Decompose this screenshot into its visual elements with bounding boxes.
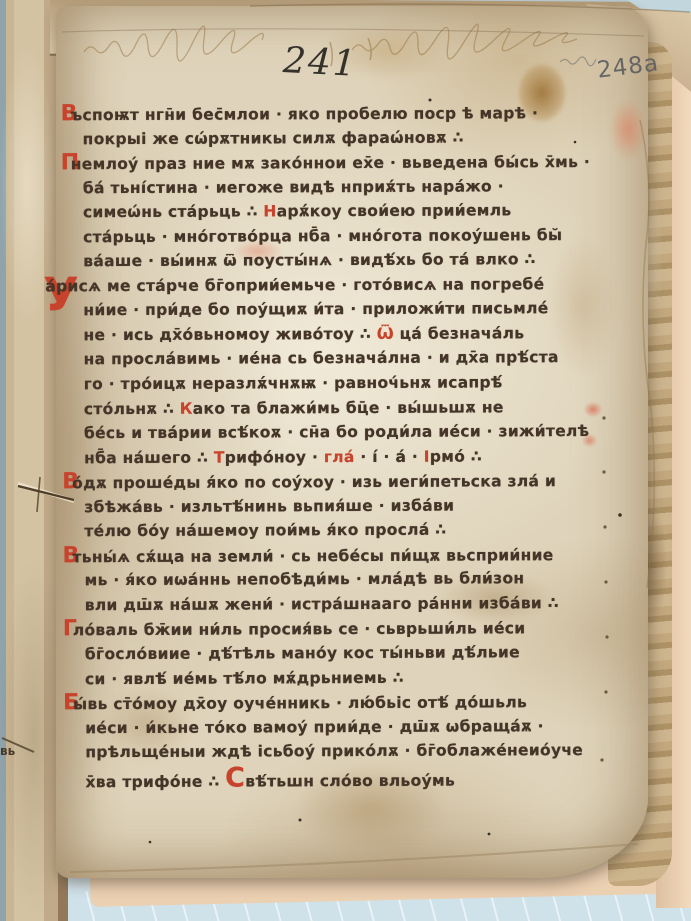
rubric-text: Т	[214, 448, 225, 466]
manuscript-line: нб̄а на́шего ∴ Трифо́ноу · гла́ · і́ · а…	[84, 443, 632, 470]
manuscript-line: ба́ тьні́стина · иегоже видѣ нприѫ́ть на…	[83, 173, 631, 200]
ink-text: сто́льнѫ ∴	[84, 399, 180, 417]
manuscript-line: Уа́рисѧ ме ста́рче бг̄оприи́емьче · гото…	[83, 272, 631, 299]
ink-text: нб̄а на́шего ∴	[84, 448, 214, 467]
ink-text: ста́рьць · мно́готво́рца нб̄а · мно́гота…	[83, 226, 562, 246]
ink-text: збѣжа́вь · изльтѣ́нинь вьпия́ше · изба́в…	[84, 496, 454, 516]
ink-text: не · ись дх̄о́вьномоу живо́тоу ∴	[83, 325, 376, 344]
manuscript-line: вли дш̄ѫ на́шѫ жени́ · истра́шнааго ра́н…	[85, 591, 633, 618]
manuscript-line: Въспоѭт нгн̄и бес̄млои · яко пробелю пос…	[83, 100, 631, 127]
text-block: Въспоѭт нгн̄и бес̄млои · яко пробелю пос…	[83, 100, 634, 790]
rubric-text: К	[180, 399, 193, 417]
ink-text: си · явлѣ́ ие́мь тѣ́ло мѫ́дрьниемь ∴	[85, 668, 404, 687]
manuscript-line: не · ись дх̄о́вьномоу живо́тоу ∴ Ѿ ца́ б…	[83, 321, 631, 348]
manuscript-line: ва́аше · вы́инѫ ѿ поусты́нѧ · видѣ́хь бо…	[83, 247, 631, 274]
manuscript-line: Во́дѫ проше́ды я́ко по соу́хоу · изь иег…	[84, 468, 632, 495]
ink-text: покрыі же сѡ́рѫтникы силѫ фараѡ́новѫ ∴	[83, 128, 464, 148]
rubric-initial: В	[61, 102, 71, 127]
manuscript-line: симеѡ́нь ста́рьць ∴ Нарѫ́коу свои́ею при…	[83, 198, 631, 225]
manuscript-photo: 241 248a вь Въспоѭт нгн̄и бес̄млои · яко…	[0, 0, 691, 921]
facing-page-edge-text: вь	[0, 744, 15, 758]
ink-text: ъспоѭт нгн̄и бес̄млои · яко пробелю поср…	[71, 104, 539, 124]
manuscript-line: ста́рьць · мно́готво́рца нб̄а · мно́гота…	[83, 223, 631, 250]
ink-text: тьны́ѧ сѫ́ща на земли́ · сь небе́сы пи́щ…	[72, 546, 553, 566]
manuscript-line: збѣжа́вь · изльтѣ́нинь вьпия́ше · изба́в…	[84, 493, 632, 520]
ink-text: а́рисѧ ме ста́рче бг̄оприи́емьче · гото́…	[45, 275, 544, 295]
ink-text: ако та блажи́мь бц̄е · вы́шьшѫ не	[193, 398, 504, 417]
manuscript-line: ие́си · и́кьне то́ко вамоу́ прии́де · дш…	[85, 713, 633, 740]
manuscript-line: сто́льнѫ ∴ Како та блажи́мь бц̄е · вы́шь…	[84, 394, 632, 421]
ink-text: немлоу́ праз ние мѫ зако́ннои ех̄е · вьв…	[71, 153, 590, 173]
ink-text: ва́аше · вы́инѫ ѿ поусты́нѧ · видѣ́хь бо…	[83, 251, 536, 271]
manuscript-line: бг̄осло́виие · дѣ́тѣль мано́у кос ты́ньв…	[85, 640, 633, 667]
manuscript-line: х̄ва трифо́не ∴ Свѣ́тьшн сло́во вльоу́мь	[85, 763, 633, 790]
rubric-text: Н	[263, 203, 276, 221]
manuscript-line: си · явлѣ́ ие́мь тѣ́ло мѫ́дрьниемь ∴	[85, 664, 633, 691]
manuscript-line: бе́сь и тва́рии всѣ́коѫ · сн̄а бо роди́л…	[84, 419, 632, 446]
ink-text: х̄ва трифо́не ∴	[85, 772, 225, 791]
ink-text: ы́вь ст̄о́моу дх̄оу оуче́нникь · лю́бьіс…	[73, 693, 527, 713]
rubric-initial: В	[62, 544, 72, 569]
ink-text: ца́ безнача́ль	[394, 324, 524, 343]
rubric-initial: В	[62, 470, 72, 495]
ink-text: симеѡ́нь ста́рьць ∴	[83, 203, 263, 222]
manuscript-line: ни́ие · при́де бо поу́щиѫ и́та · приложи…	[83, 296, 631, 323]
ink-text: бе́сь и тва́рии всѣ́коѫ · сн̄а бо роди́л…	[84, 422, 589, 442]
ink-text: ни́ие · при́де бо поу́щиѫ и́та · приложи…	[83, 300, 548, 320]
rubric-initial: Б	[63, 691, 73, 716]
ink-text: ие́си · и́кьне то́ко вамоу́ прии́де · дш…	[85, 717, 544, 737]
manuscript-line: Бы́вь ст̄о́моу дх̄оу оуче́нникь · лю́бьі…	[85, 689, 633, 716]
manuscript-line: на просла́вимь · ие́на сь безнача́лна · …	[84, 345, 632, 372]
rubric-text: Ѿ	[377, 325, 394, 343]
ink-text: ба́ тьні́стина · иегоже видѣ нприѫ́ть на…	[83, 177, 504, 197]
ink-text: прѣльще́ныи ждѣ ісьбоу́ прико́лѫ · бг̄об…	[85, 741, 583, 761]
rubric-initial: П	[61, 151, 71, 176]
rubric-text: С	[225, 762, 245, 793]
ink-text: · і́ · а́ ·	[355, 447, 424, 465]
ink-text: арѫ́коу свои́ею прии́емль	[277, 202, 512, 221]
ink-text: вли дш̄ѫ на́шѫ жени́ · истра́шнааго ра́н…	[85, 594, 559, 614]
rubric-initial: Г	[63, 618, 73, 643]
ink-text: вѣ́тьшн сло́во вльоу́мь	[245, 771, 455, 790]
manuscript-line: покрыі же сѡ́рѫтникы силѫ фараѡ́новѫ ∴	[83, 124, 631, 151]
ink-text: бг̄осло́виие · дѣ́тѣль мано́у кос ты́ньв…	[85, 643, 520, 663]
ink-text: о́дѫ проше́ды я́ко по соу́хоу · изь иеги…	[72, 472, 556, 492]
manuscript-line: прѣльще́ныи ждѣ ісьбоу́ прико́лѫ · бг̄об…	[85, 738, 633, 765]
manuscript-line: го · тро́ицѫ неразлѫ́чнѫѭ · равноч́ьнѫ и…	[84, 370, 632, 397]
ink-text: мь · я́ко иѡа́ннь непобѣди́мь · мла́дѣ в…	[85, 570, 525, 590]
ink-text: рифо́ноу ·	[225, 448, 324, 466]
folio-number-ink: 241	[282, 40, 359, 85]
manuscript-line: Пнемлоу́ праз ние мѫ зако́ннои ех̄е · вь…	[83, 149, 631, 176]
manuscript-line: мь · я́ко иѡа́ннь непобѣди́мь · мла́дѣ в…	[85, 566, 633, 593]
manuscript-line: Втьны́ѧ сѫ́ща на земли́ · сь небе́сы пи́…	[84, 542, 632, 569]
rubric-text: гла́	[324, 448, 355, 466]
manuscript-line: Гло́валь бж̄ии ни́ль просия́вь се · сьвр…	[85, 615, 633, 642]
ink-text: ло́валь бж̄ии ни́ль просия́вь се · сьврь…	[73, 620, 526, 640]
ink-text: те́лю бо́у на́шемоу пои́мь я́ко просла́ …	[84, 521, 446, 541]
ink-text: го · тро́ицѫ неразлѫ́чнѫѭ · равноч́ьнѫ и…	[84, 373, 503, 393]
ink-text: рмо́ ∴	[430, 447, 482, 465]
manuscript-line: те́лю бо́у на́шемоу пои́мь я́ко просла́ …	[84, 517, 632, 544]
ink-text: на просла́вимь · ие́на сь безнача́лна · …	[84, 349, 559, 369]
